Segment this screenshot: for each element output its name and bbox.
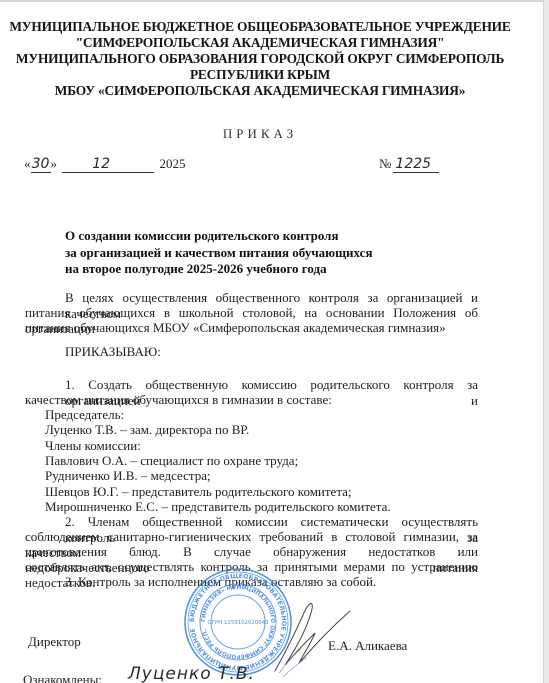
order-date: «30» 12 2025	[24, 156, 186, 173]
order-number-value: 1225	[393, 156, 439, 173]
directive-word: ПРИКАЗЫВАЮ:	[65, 344, 161, 360]
commission-member: Шевцов Ю.Г. – представитель родительског…	[45, 484, 352, 500]
order-number: №1225	[379, 156, 439, 173]
date-day: 30	[31, 156, 51, 173]
header-line: МУНИЦИПАЛЬНОЕ БЮДЖЕТНОЕ ОБЩЕОБРАЗОВАТЕЛЬ…	[0, 19, 520, 35]
page-scroll-edge	[543, 0, 549, 683]
acknowledged-signature: Луценко Т.В.	[128, 664, 255, 683]
header-line: "СИМФЕРОПОЛЬСКАЯ АКАДЕМИЧЕСКАЯ ГИМНАЗИЯ"	[0, 35, 520, 51]
commission-member: Рудниченко И.В. – медсестра;	[45, 468, 211, 484]
title-line: О создании комиссии родительского контро…	[65, 228, 339, 244]
number-sign: №	[379, 156, 391, 171]
title-line: на второе полугодие 2025-2026 учебного г…	[65, 261, 327, 277]
members-label: Члены комиссии:	[45, 438, 141, 454]
header-line: МБОУ «СИМФЕРОПОЛЬСКАЯ АКАДЕМИЧЕСКАЯ ГИМН…	[0, 83, 520, 99]
signatory-role: Директор	[28, 634, 81, 650]
title-line: за организацией и качеством питания обуч…	[65, 245, 372, 261]
date-month: 12	[62, 156, 154, 173]
commission-member: Мирошниченко Е.С. – представитель родите…	[45, 499, 391, 515]
date-quote-close: »	[51, 156, 58, 171]
commission-member: Павлович О.А. – специалист по охране тру…	[45, 453, 298, 469]
header-line: МУНИЦИПАЛЬНОГО ОБРАЗОВАНИЯ ГОРОДСКОЙ ОКР…	[0, 51, 520, 67]
header-line: РЕСПУБЛИКИ КРЫМ	[0, 67, 520, 83]
signatory-name: Е.А. Аликаева	[328, 638, 407, 654]
date-year: 2025	[160, 156, 186, 171]
page-top-border	[0, 0, 549, 2]
commission-member: Луценко Т.В. – зам. директора по ВР.	[45, 422, 249, 438]
chairman-label: Председатель:	[45, 407, 124, 423]
date-month-value: 12	[92, 156, 110, 172]
preamble-line: питания обучающихся МБОУ «Симферопольска…	[25, 320, 478, 336]
acknowledged-label: Ознакомлены:	[23, 672, 102, 683]
item-1-line: качеством питания обучающихся в гимназии…	[25, 392, 478, 408]
document-type-heading: ПРИКАЗ	[0, 126, 520, 142]
